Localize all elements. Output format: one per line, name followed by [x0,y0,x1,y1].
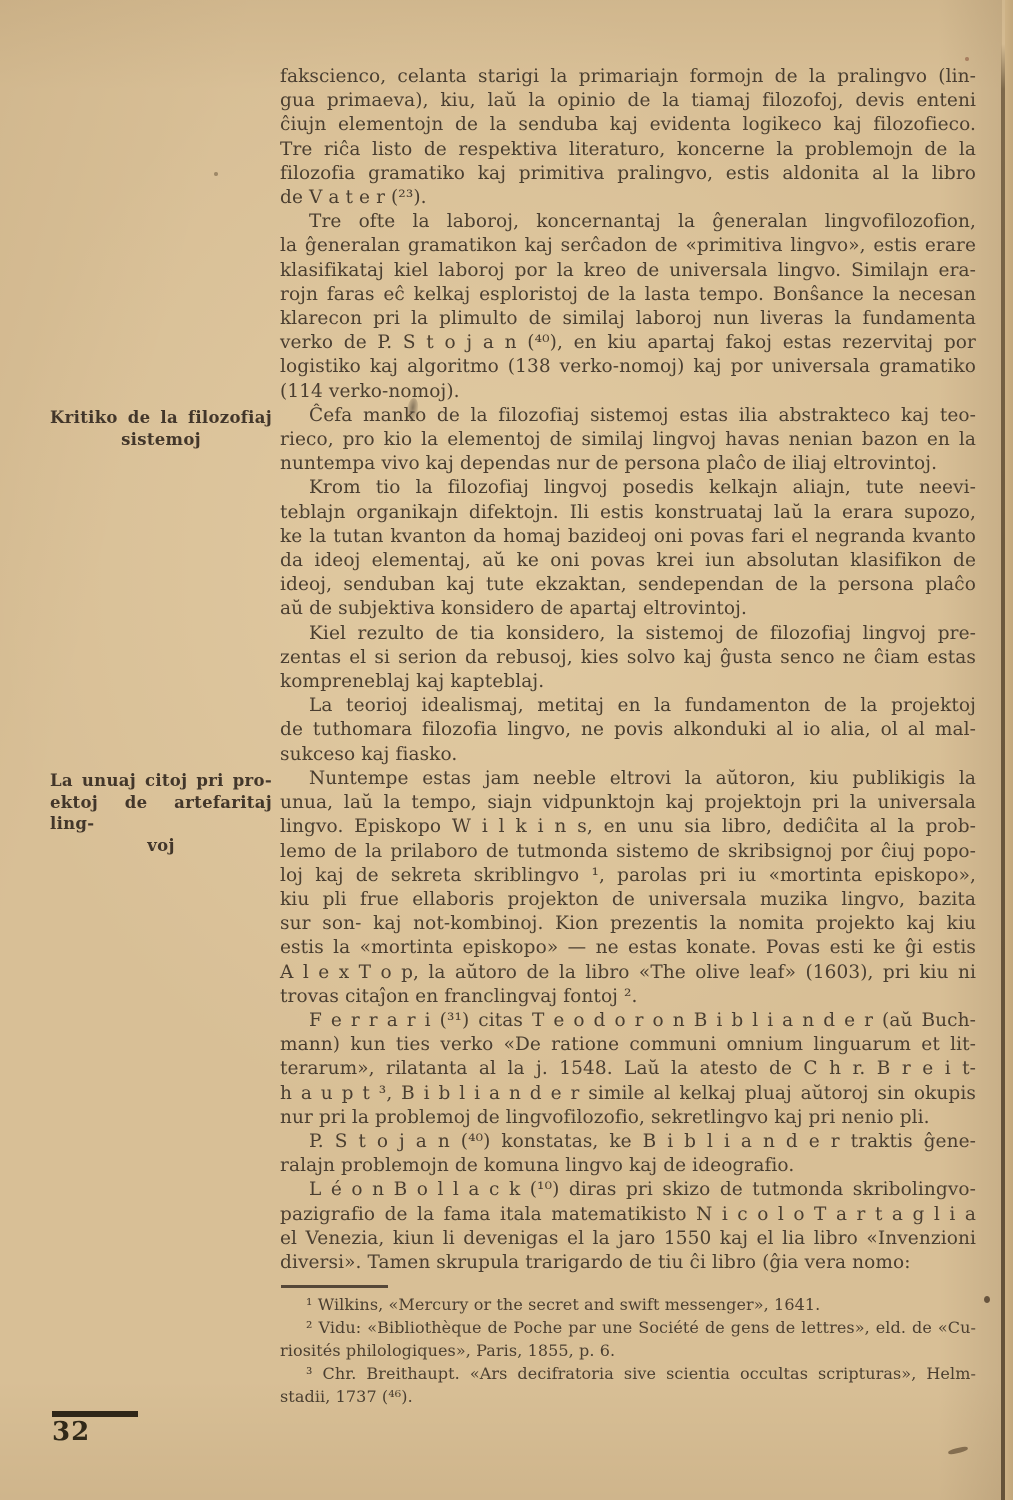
text-line: fakscienco, celanta starigi la primariaj… [280,65,976,89]
page-outer-edge [1005,0,1013,1500]
paper-speck [214,172,218,176]
paragraph: Nuntempe estas jam neeble eltrovi la aŭt… [280,767,976,1009]
text-line: sistemoj [50,429,272,451]
text-line: Ĉefa manko de la filozofiaj sistemoj est… [280,404,976,428]
text-line: ektoj de artefaritaj ling- [50,792,272,835]
text-line: mann) kun ties verko «De ratione communi… [280,1033,976,1057]
text-line: verko de P. S t o j a n (⁴⁰), en kiu apa… [280,331,976,355]
text-line: diversi». Tamen skrupula trarigardo de t… [280,1251,976,1275]
text-line: ³ Chr. Breithaupt. «Ars decifratoria siv… [280,1362,976,1385]
paragraph: La teorioj idealismaj, metitaj en la fun… [280,694,976,767]
text-line: Tre ofte la laboroj, koncernantaj la ĝen… [280,210,976,234]
book-page: Kritiko de la filozofiajsistemoj La unua… [0,0,1013,1500]
text-line: de V a t e r (²³). [280,186,976,210]
text-line: la ĝeneralan gramatikon kaj serĉadon de … [280,234,976,258]
paragraph: P. S t o j a n (⁴⁰) konstatas, ke B i b … [280,1130,976,1178]
margin-note-kritiko-heading: Kritiko de la filozofiajsistemoj [50,407,272,450]
text-line: ralajn problemojn de komuna lingvo kaj d… [280,1154,976,1178]
text-line: rieco, pro kio la elementoj de similaj l… [280,428,976,452]
text-line: ideoj, senduban kaj tute ekzaktan, sende… [280,573,976,597]
page-edge-shadow [938,0,1002,1500]
paragraph: Krom tio la filozofiaj lingvoj posedis k… [280,476,976,621]
text-line: loj kaj de sekreta skriblingvo ¹, parola… [280,864,976,888]
footnote: ² Vidu: «Bibliothèque de Poche par une S… [280,1316,976,1362]
text-line: trovas citaĵon en franclingvaj fontoj ². [280,985,976,1009]
text-line: lemo de la prilaboro de tutmonda sistemo… [280,840,976,864]
paragraph: fakscienco, celanta starigi la primariaj… [280,65,976,210]
text-line: nur pri la problemoj de lingvofilozofio,… [280,1106,976,1130]
text-line: F e r r a r i (³¹) citas T e o d o r o n… [280,1009,976,1033]
text-line: L é o n B o l l a c k (¹⁰) diras pri ski… [280,1178,976,1202]
text-line: teblajn organikajn difektojn. Ili estis … [280,501,976,525]
text-line: ke la tutan kvanton da homaj bazideoj on… [280,525,976,549]
text-line: voj [50,835,272,857]
text-line: lingvo. Episkopo W i l k i n s, en unu s… [280,815,976,839]
page-number: 32 [52,1417,90,1447]
text-line: kompreneblaj kaj kapteblaj. [280,670,976,694]
text-line: nuntempa vivo kaj dependas nur de person… [280,452,976,476]
text-line: Kiel rezulto de tia konsidero, la sistem… [280,622,976,646]
text-line: (114 verko-nomoj). [280,380,976,404]
text-line: de tuthomara filozofia lingvo, ne povis … [280,718,976,742]
paragraph: Kiel rezulto de tia konsidero, la sistem… [280,622,976,695]
text-line: h a u p t ³, B i b l i a n d e r simile … [280,1082,976,1106]
footnote: ³ Chr. Breithaupt. «Ars decifratoria siv… [280,1362,976,1408]
text-line: stadii, 1737 (⁴⁶). [280,1385,976,1408]
text-line: riosités philologiques», Paris, 1855, p.… [280,1339,976,1362]
paragraph: Ĉefa manko de la filozofiaj sistemoj est… [280,404,976,477]
text-line: P. S t o j a n (⁴⁰) konstatas, ke B i b … [280,1130,976,1154]
text-line: rojn faras eĉ kelkaj esploristoj de la l… [280,283,976,307]
paragraph: F e r r a r i (³¹) citas T e o d o r o n… [280,1009,976,1130]
text-line: zentas el si serion da rebusoj, kies sol… [280,646,976,670]
paragraph: Tre ofte la laboroj, koncernantaj la ĝen… [280,210,976,404]
text-line: Kritiko de la filozofiaj [50,407,272,429]
text-line: ² Vidu: «Bibliothèque de Poche par une S… [280,1316,976,1339]
ink-speck [984,1296,990,1303]
text-line: el Venezia, kiun li devenigas el la jaro… [280,1227,976,1251]
body-text: fakscienco, celanta starigi la primariaj… [280,65,976,1275]
text-line: Krom tio la filozofiaj lingvoj posedis k… [280,476,976,500]
text-line: gua primaeva), kiu, laŭ la opinio de la … [280,89,976,113]
text-line: La teorioj idealismaj, metitaj en la fun… [280,694,976,718]
text-line: aŭ de subjektiva konsidero de apartaj el… [280,597,976,621]
paragraph: L é o n B o l l a c k (¹⁰) diras pri ski… [280,1178,976,1275]
text-line: pazigrafio de la fama itala matematikist… [280,1203,976,1227]
text-line: sukceso kaj fiasko. [280,743,976,767]
footnotes: ¹ Wilkins, «Mercury or the secret and sw… [280,1293,976,1408]
text-line: unua, laŭ la tempo, siajn vidpunktojn ka… [280,791,976,815]
text-line: kiu pli frue ellaboris projekton de univ… [280,888,976,912]
text-line: ¹ Wilkins, «Mercury or the secret and sw… [280,1293,976,1316]
text-line: Tre riĉa listo de respektiva literaturo,… [280,138,976,162]
text-line: terarum», rilatanta al la j. 1548. Laŭ l… [280,1057,976,1081]
text-line: sur son- kaj not-kombinoj. Kion prezenti… [280,912,976,936]
text-line: logistiko kaj algoritmo (138 verko-nomoj… [280,355,976,379]
text-line: klarecon pri la plimulto de similaj labo… [280,307,976,331]
footnote-separator-rule [281,1285,388,1288]
paper-speck [965,57,969,61]
text-line: A l e x T o p, la aŭtoro de la libro «Th… [280,961,976,985]
text-line: La unuaj citoj pri pro- [50,770,272,792]
text-line: da ideoj elementaj, aŭ ke oni povas krei… [280,549,976,573]
margin-note-unuaj-citoj-heading: La unuaj citoj pri pro-ektoj de artefari… [50,770,272,856]
text-line: ĉiujn elementojn de la senduba kaj evide… [280,113,976,137]
text-line: estis la «mortinta episkopo» — ne estas … [280,936,976,960]
text-line: filozofia gramatiko kaj primitiva pralin… [280,162,976,186]
footnote: ¹ Wilkins, «Mercury or the secret and sw… [280,1293,976,1316]
text-line: Nuntempe estas jam neeble eltrovi la aŭt… [280,767,976,791]
text-line: klasifikataj kiel laboroj por la kreo de… [280,259,976,283]
